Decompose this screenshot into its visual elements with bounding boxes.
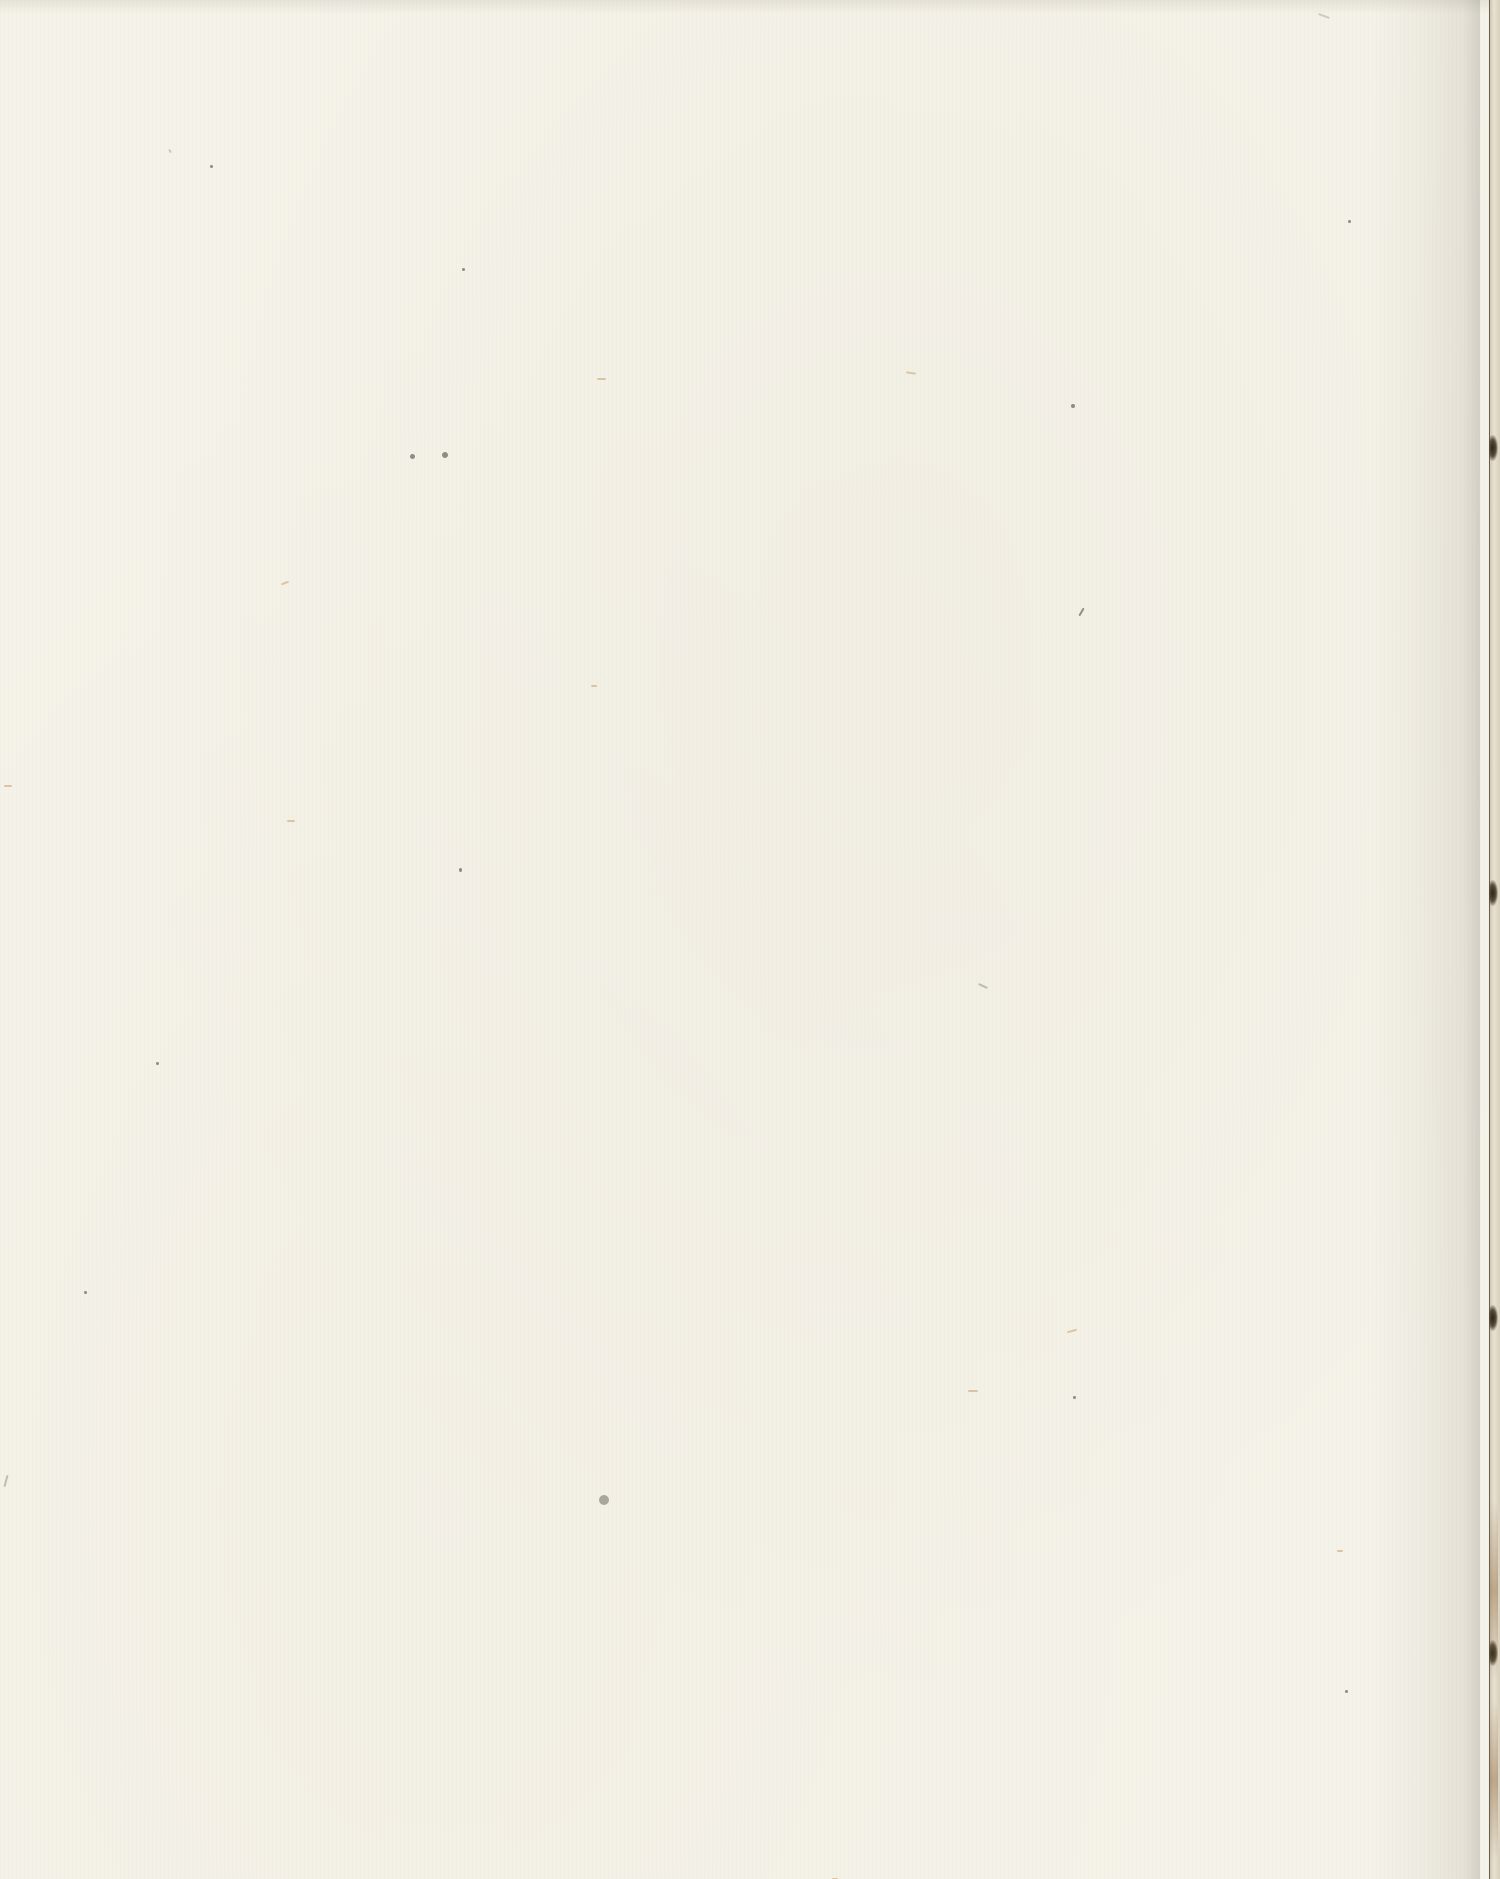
- dust-speck: [210, 165, 213, 168]
- dust-speck: [1348, 220, 1351, 223]
- paper-fiber: [968, 1390, 978, 1392]
- dust-speck: [156, 1062, 159, 1065]
- paper-fiber: [168, 149, 172, 153]
- blank-paper-sheet: [0, 0, 1490, 1879]
- edge-stain: [1490, 1500, 1498, 1680]
- binding-stitch-hole: [1489, 880, 1498, 906]
- dust-speck: [1073, 1396, 1076, 1399]
- paper-fiber: [1078, 608, 1084, 617]
- scanned-page: [0, 0, 1500, 1879]
- paper-fiber: [281, 581, 289, 586]
- dust-speck: [84, 1291, 87, 1294]
- dust-speck: [462, 268, 465, 271]
- dust-speck: [459, 868, 462, 872]
- dust-speck: [1071, 404, 1075, 408]
- paper-fiber: [978, 983, 988, 989]
- paper-fiber: [1067, 1329, 1077, 1334]
- paper-fiber: [906, 371, 916, 374]
- paper-fiber: [591, 685, 597, 687]
- paper-fiber: [287, 820, 295, 822]
- dust-speck: [442, 452, 448, 458]
- dust-speck: [410, 454, 415, 459]
- paper-fiber: [597, 378, 606, 380]
- dust-speck: [1345, 1690, 1348, 1693]
- paper-fiber: [3, 1475, 8, 1487]
- binding-stitch-hole: [1489, 1305, 1498, 1331]
- top-edge-shadow: [0, 0, 1490, 14]
- binding-stitch-hole: [1489, 435, 1498, 461]
- dust-speck: [599, 1495, 609, 1505]
- edge-stain: [1490, 1700, 1498, 1860]
- paper-fiber: [1337, 1550, 1343, 1552]
- paper-fiber: [4, 785, 12, 787]
- binding-shadow: [1370, 0, 1480, 1879]
